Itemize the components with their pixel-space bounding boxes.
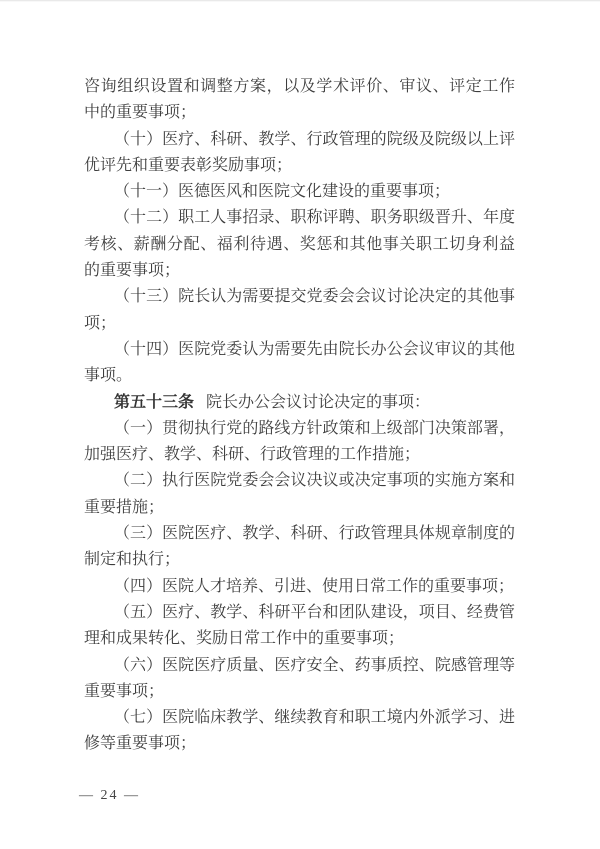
paragraph-item-11: （十一）医德医风和医院文化建设的重要事项； — [84, 179, 515, 205]
document-page: 咨询组织设置和调整方案，以及学术评价、审议、评定工作中的重要事项； （十）医疗、… — [0, 0, 600, 849]
page-number: — 24 — — [79, 787, 140, 805]
paragraph-item-13: （十三）院长认为需要提交党委会会议讨论决定的其他事项； — [84, 284, 515, 337]
article-title: 院长办公会议讨论决定的事项： — [206, 394, 430, 411]
paragraph-item-3: （三）医院医疗、教学、科研、行政管理具体规章制度的制定和执行； — [84, 521, 515, 574]
paragraph-item-2: （二）执行医院党委会会议决议或决定事项的实施方案和重要措施； — [84, 468, 515, 521]
paragraph-item-6: （六）医院医疗质量、医疗安全、药事质控、院感管理等重要事项； — [84, 653, 515, 706]
document-body-text: 咨询组织设置和调整方案，以及学术评价、审议、评定工作中的重要事项； （十）医疗、… — [84, 74, 515, 758]
article-number: 第五十三条 — [114, 394, 194, 411]
paragraph-item-7: （七）医院临床教学、继续教育和职工境内外派学习、进修等重要事项； — [84, 705, 515, 758]
paragraph-item-1: （一）贯彻执行党的路线方针政策和上级部门决策部署，加强医疗、教学、科研、行政管理… — [84, 416, 515, 469]
paragraph-item-12: （十二）职工人事招录、职称评聘、职务职级晋升、年度考核、薪酬分配、福利待遇、奖惩… — [84, 205, 515, 284]
paragraph-continuation: 咨询组织设置和调整方案，以及学术评价、审议、评定工作中的重要事项； — [84, 74, 515, 127]
scan-edge-artifact — [0, 0, 600, 2]
paragraph-item-14: （十四）医院党委认为需要先由院长办公会议审议的其他事项。 — [84, 337, 515, 390]
paragraph-item-4: （四）医院人才培养、引进、使用日常工作的重要事项； — [84, 574, 515, 600]
paragraph-article-53: 第五十三条院长办公会议讨论决定的事项： — [84, 390, 515, 416]
paragraph-item-10: （十）医疗、科研、教学、行政管理的院级及院级以上评优评先和重要表彰奖励事项； — [84, 127, 515, 180]
paragraph-item-5: （五）医疗、教学、科研平台和团队建设，项目、经费管理和成果转化、奖励日常工作中的… — [84, 600, 515, 653]
